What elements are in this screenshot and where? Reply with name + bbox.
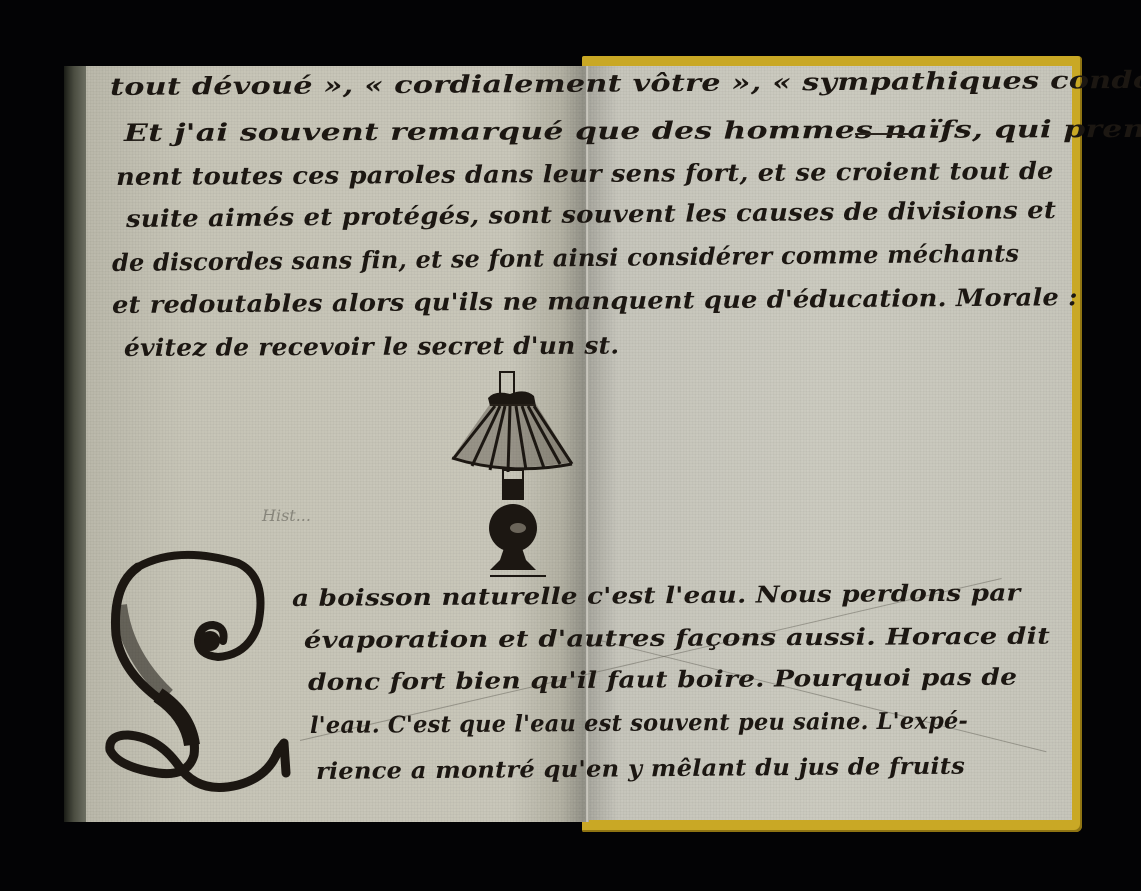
- text-line-7: évitez de recevoir le secret d'un st.: [124, 331, 619, 362]
- text-line-12: rience a montré qu'en y mêlant du jus de…: [316, 753, 965, 785]
- text-line-10: donc fort bien qu'il faut boire. Pourquo…: [308, 664, 1017, 696]
- page-stack-edge: [64, 66, 86, 822]
- text-line-8: a boisson naturelle c'est l'eau. Nous pe…: [292, 579, 1021, 612]
- text-line-3: nent toutes ces paroles dans leur sens f…: [116, 156, 1054, 191]
- pencil-note: Hist...: [262, 506, 311, 525]
- text-line-2: Et j'ai souvent remarqué que des hommes …: [124, 114, 1141, 147]
- oil-lamp-illustration: [450, 370, 575, 580]
- crossed-out-word: [855, 133, 910, 135]
- text-line-11: l'eau. C'est que l'eau est souvent peu s…: [310, 707, 968, 739]
- drop-cap-letter-l: [98, 545, 298, 807]
- text-line-9: évaporation et d'autres façons aussi. Ho…: [304, 623, 1050, 654]
